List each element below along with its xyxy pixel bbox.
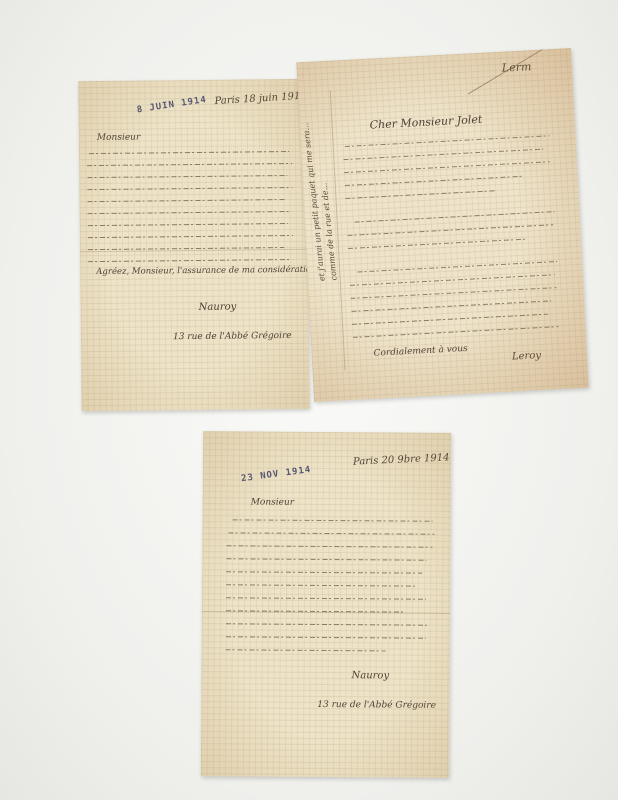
date-stamp: 23 NOV 1914 (241, 465, 312, 484)
place-date: Paris 20 9bre 1914 (353, 452, 450, 467)
letter-1: 8 JUIN 1914 Paris 18 juin 1914 Monsieur … (78, 79, 309, 411)
signature: Nauroy (199, 302, 237, 313)
signature: Leroy (512, 350, 542, 363)
salutation: Monsieur (251, 497, 294, 507)
salutation: Cher Monsieur Jolet (369, 113, 482, 132)
closing: Cordialement à vous (373, 344, 468, 359)
corner-note: Lerm (502, 60, 532, 75)
address: 13 rue de l'Abbé Grégoire (317, 700, 436, 711)
signature: Nauroy (351, 670, 389, 681)
date-stamp: 8 JUIN 1914 (136, 95, 207, 115)
address: 13 rue de l'Abbé Grégoire (173, 331, 292, 342)
place-date: Paris 18 juin 1914 (214, 90, 307, 107)
closing: Agréez, Monsieur, l'assurance de ma cons… (96, 265, 309, 277)
letter-2: Lerm et j'aurai un petit paquet qui me s… (296, 48, 588, 402)
salutation: Monsieur (97, 133, 140, 143)
letter-3: 23 NOV 1914 Paris 20 9bre 1914 Monsieur … (201, 431, 451, 778)
